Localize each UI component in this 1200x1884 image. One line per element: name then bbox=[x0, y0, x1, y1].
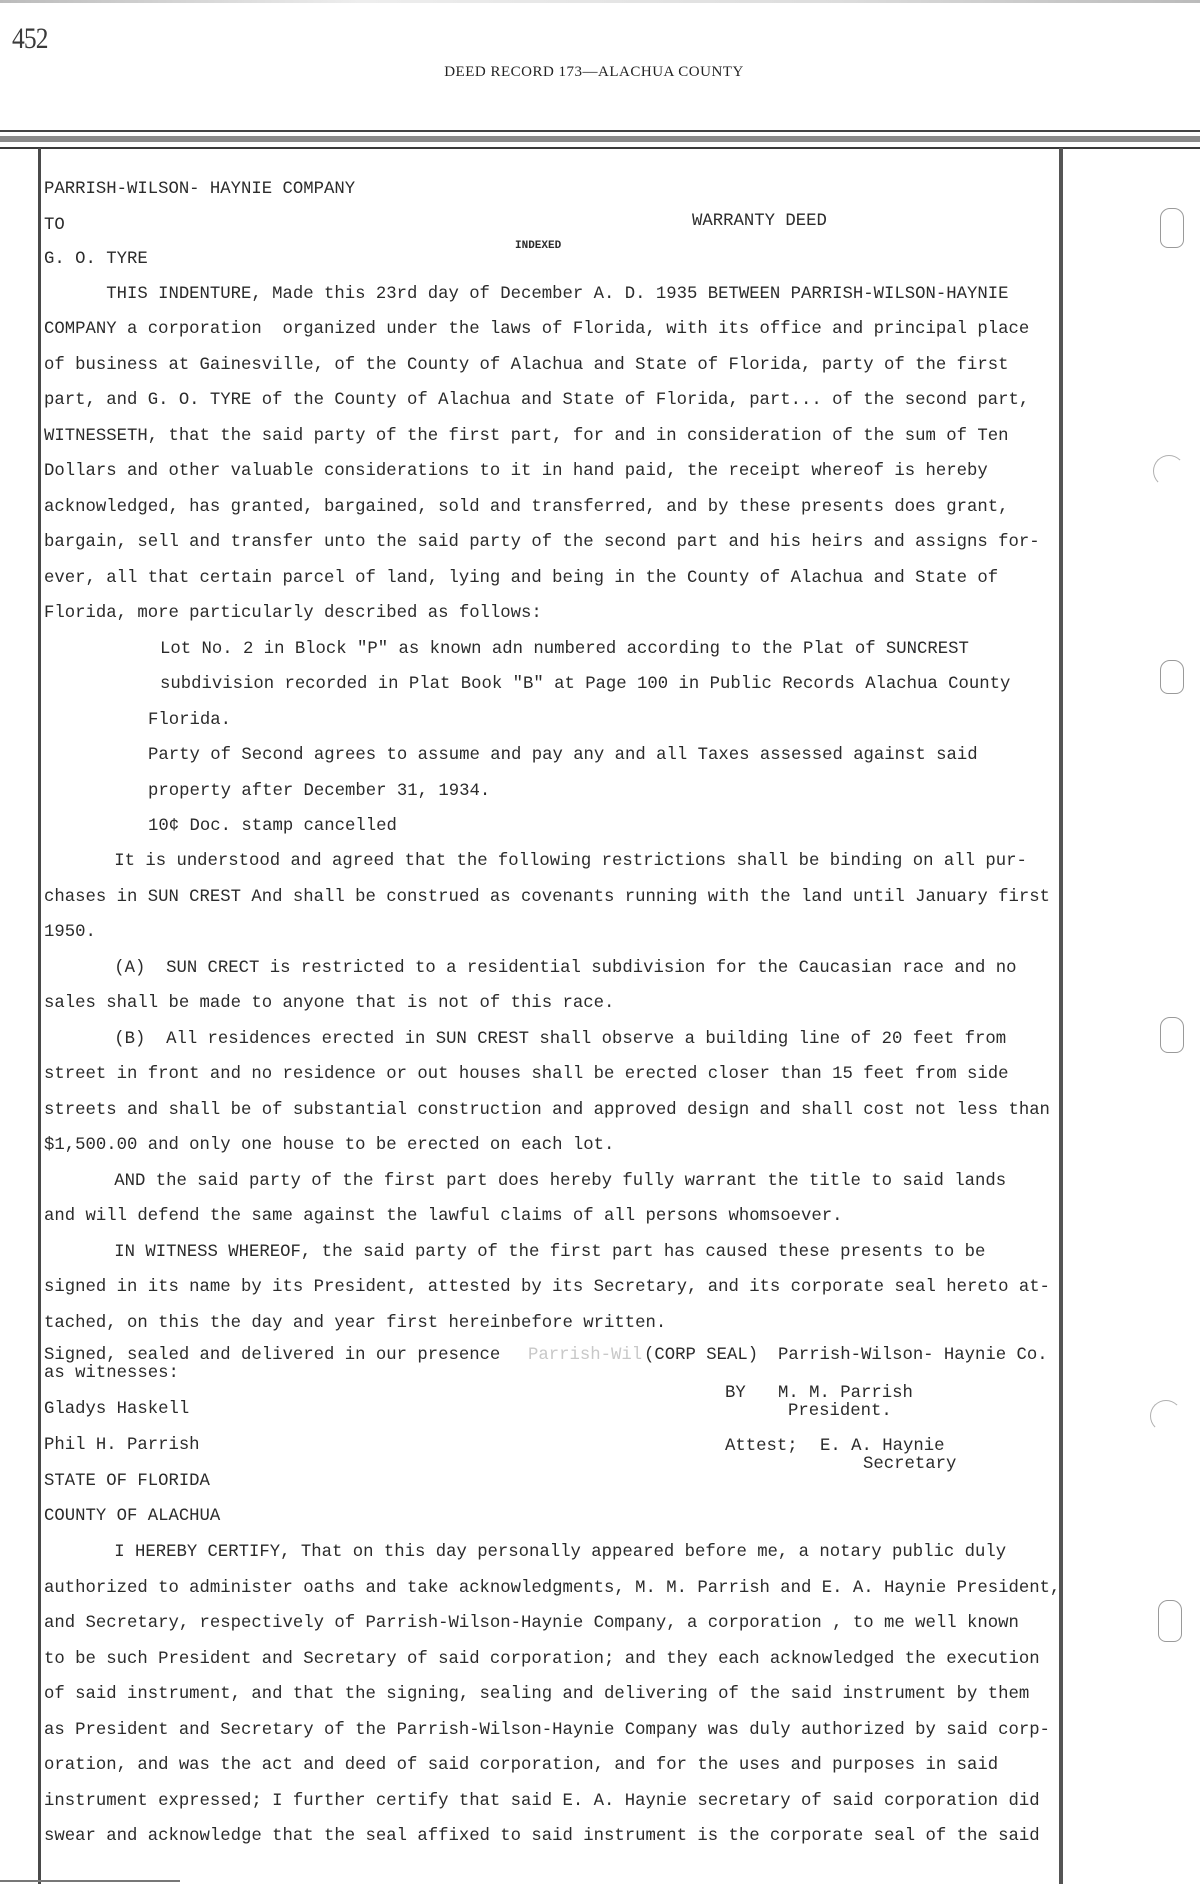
ack-line: of said instrument, and that the signing… bbox=[44, 1685, 1029, 1705]
witness-2: Phil H. Parrish bbox=[44, 1436, 200, 1456]
document-type: WARRANTY DEED bbox=[692, 212, 827, 232]
right-margin-border bbox=[1059, 148, 1063, 1884]
legal-line: Lot No. 2 in Block "P" as known adn numb… bbox=[160, 640, 969, 660]
witness-1: Gladys Haskell bbox=[44, 1400, 189, 1420]
running-head: DEED RECORD 173—ALACHUA COUNTY bbox=[0, 64, 1188, 81]
restriction-line: IN WITNESS WHEREOF, the said party of th… bbox=[52, 1243, 985, 1263]
legal-line: 10¢ Doc. stamp cancelled bbox=[148, 817, 397, 837]
restriction-line: (A) SUN CRECT is restricted to a residen… bbox=[52, 959, 1016, 979]
restriction-line: signed in its name by its President, att… bbox=[44, 1278, 1050, 1298]
ack-line: authorized to administer oaths and take … bbox=[44, 1579, 1060, 1599]
seal-impression: Parrish-Wil bbox=[528, 1346, 642, 1366]
page-number: 452 bbox=[12, 22, 48, 56]
left-margin-border bbox=[38, 148, 41, 1884]
binder-hole-icon bbox=[1160, 1017, 1184, 1053]
body-line: bargain, sell and transfer unto the said… bbox=[44, 533, 1040, 553]
body-line: THIS INDENTURE, Made this 23rd day of De… bbox=[44, 285, 1008, 305]
restriction-line: 1950. bbox=[44, 923, 96, 943]
restriction-line: and will defend the same against the law… bbox=[44, 1207, 843, 1227]
by-label: BY bbox=[725, 1384, 746, 1404]
body-line: Florida, more particularly described as … bbox=[44, 604, 542, 624]
binder-hole-icon bbox=[1158, 1600, 1182, 1642]
body-line: ever, all that certain parcel of land, l… bbox=[44, 569, 998, 589]
ack-line: as President and Secretary of the Parris… bbox=[44, 1721, 1050, 1741]
restriction-line: chases in SUN CREST And shall be constru… bbox=[44, 888, 1050, 908]
ack-line: oration, and was the act and deed of sai… bbox=[44, 1756, 998, 1776]
venue-county: COUNTY OF ALACHUA bbox=[44, 1507, 220, 1527]
header-rule-top bbox=[0, 130, 1200, 132]
body-line: of business at Gainesville, of the Count… bbox=[44, 356, 1008, 376]
binder-arc-icon bbox=[1153, 455, 1185, 487]
corp-seal-label: (CORP SEAL) bbox=[644, 1346, 758, 1366]
restriction-line: (B) All residences erected in SUN CREST … bbox=[52, 1030, 1006, 1050]
binder-arc-icon bbox=[1150, 1400, 1182, 1432]
body-line: part, and G. O. TYRE of the County of Al… bbox=[44, 391, 1029, 411]
legal-line: Florida. bbox=[148, 711, 231, 731]
restriction-line: sales shall be made to anyone that is no… bbox=[44, 994, 614, 1014]
restriction-line: It is understood and agreed that the fol… bbox=[52, 852, 1027, 872]
to-label: TO bbox=[44, 216, 65, 236]
ack-line: to be such President and Secretary of sa… bbox=[44, 1650, 1040, 1670]
president-signature: M. M. Parrish bbox=[778, 1384, 913, 1404]
signed-sealed-line: Signed, sealed and delivered in our pres… bbox=[44, 1346, 500, 1366]
body-line: WITNESSETH, that the said party of the f… bbox=[44, 427, 1008, 447]
restriction-line: streets and shall be of substantial cons… bbox=[44, 1101, 1050, 1121]
legal-line: subdivision recorded in Plat Book "B" at… bbox=[160, 675, 1010, 695]
secretary-signature: E. A. Haynie bbox=[820, 1437, 944, 1457]
binder-hole-icon bbox=[1160, 660, 1184, 694]
body-line: Dollars and other valuable consideration… bbox=[44, 462, 988, 482]
restriction-line: street in front and no residence or out … bbox=[44, 1065, 1008, 1085]
president-title: President. bbox=[788, 1402, 892, 1422]
bottom-edge-rule bbox=[0, 1880, 180, 1882]
ack-line: I HEREBY CERTIFY, That on this day perso… bbox=[52, 1543, 1006, 1563]
restriction-line: $1,500.00 and only one house to be erect… bbox=[44, 1136, 614, 1156]
secretary-title: Secretary bbox=[863, 1455, 956, 1475]
grantee-name: G. O. TYRE bbox=[44, 250, 148, 270]
grantor-name: PARRISH-WILSON- HAYNIE COMPANY bbox=[44, 180, 355, 200]
legal-line: property after December 31, 1934. bbox=[148, 782, 490, 802]
attest-label: Attest; bbox=[725, 1437, 798, 1457]
page-top-edge bbox=[0, 0, 1200, 3]
legal-line: Party of Second agrees to assume and pay… bbox=[148, 746, 978, 766]
ack-line: and Secretary, respectively of Parrish-W… bbox=[44, 1614, 1019, 1634]
header-rule-thick bbox=[0, 136, 1200, 142]
venue-state: STATE OF FLORIDA bbox=[44, 1472, 210, 1492]
binder-hole-icon bbox=[1160, 208, 1184, 248]
body-line: acknowledged, has granted, bargained, so… bbox=[44, 498, 1008, 518]
restriction-line: AND the said party of the first part doe… bbox=[52, 1172, 1006, 1192]
header-rule-bottom bbox=[0, 147, 1200, 149]
body-line: COMPANY a corporation organized under th… bbox=[44, 320, 1029, 340]
indexed-stamp: INDEXED bbox=[515, 236, 561, 256]
company-signature: Parrish-Wilson- Haynie Co. bbox=[778, 1346, 1048, 1366]
restriction-line: tached, on this the day and year first h… bbox=[44, 1314, 666, 1334]
as-witnesses-label: as witnesses: bbox=[44, 1364, 179, 1384]
ack-line: swear and acknowledge that the seal affi… bbox=[44, 1827, 1040, 1847]
ack-line: instrument expressed; I further certify … bbox=[44, 1792, 1040, 1812]
